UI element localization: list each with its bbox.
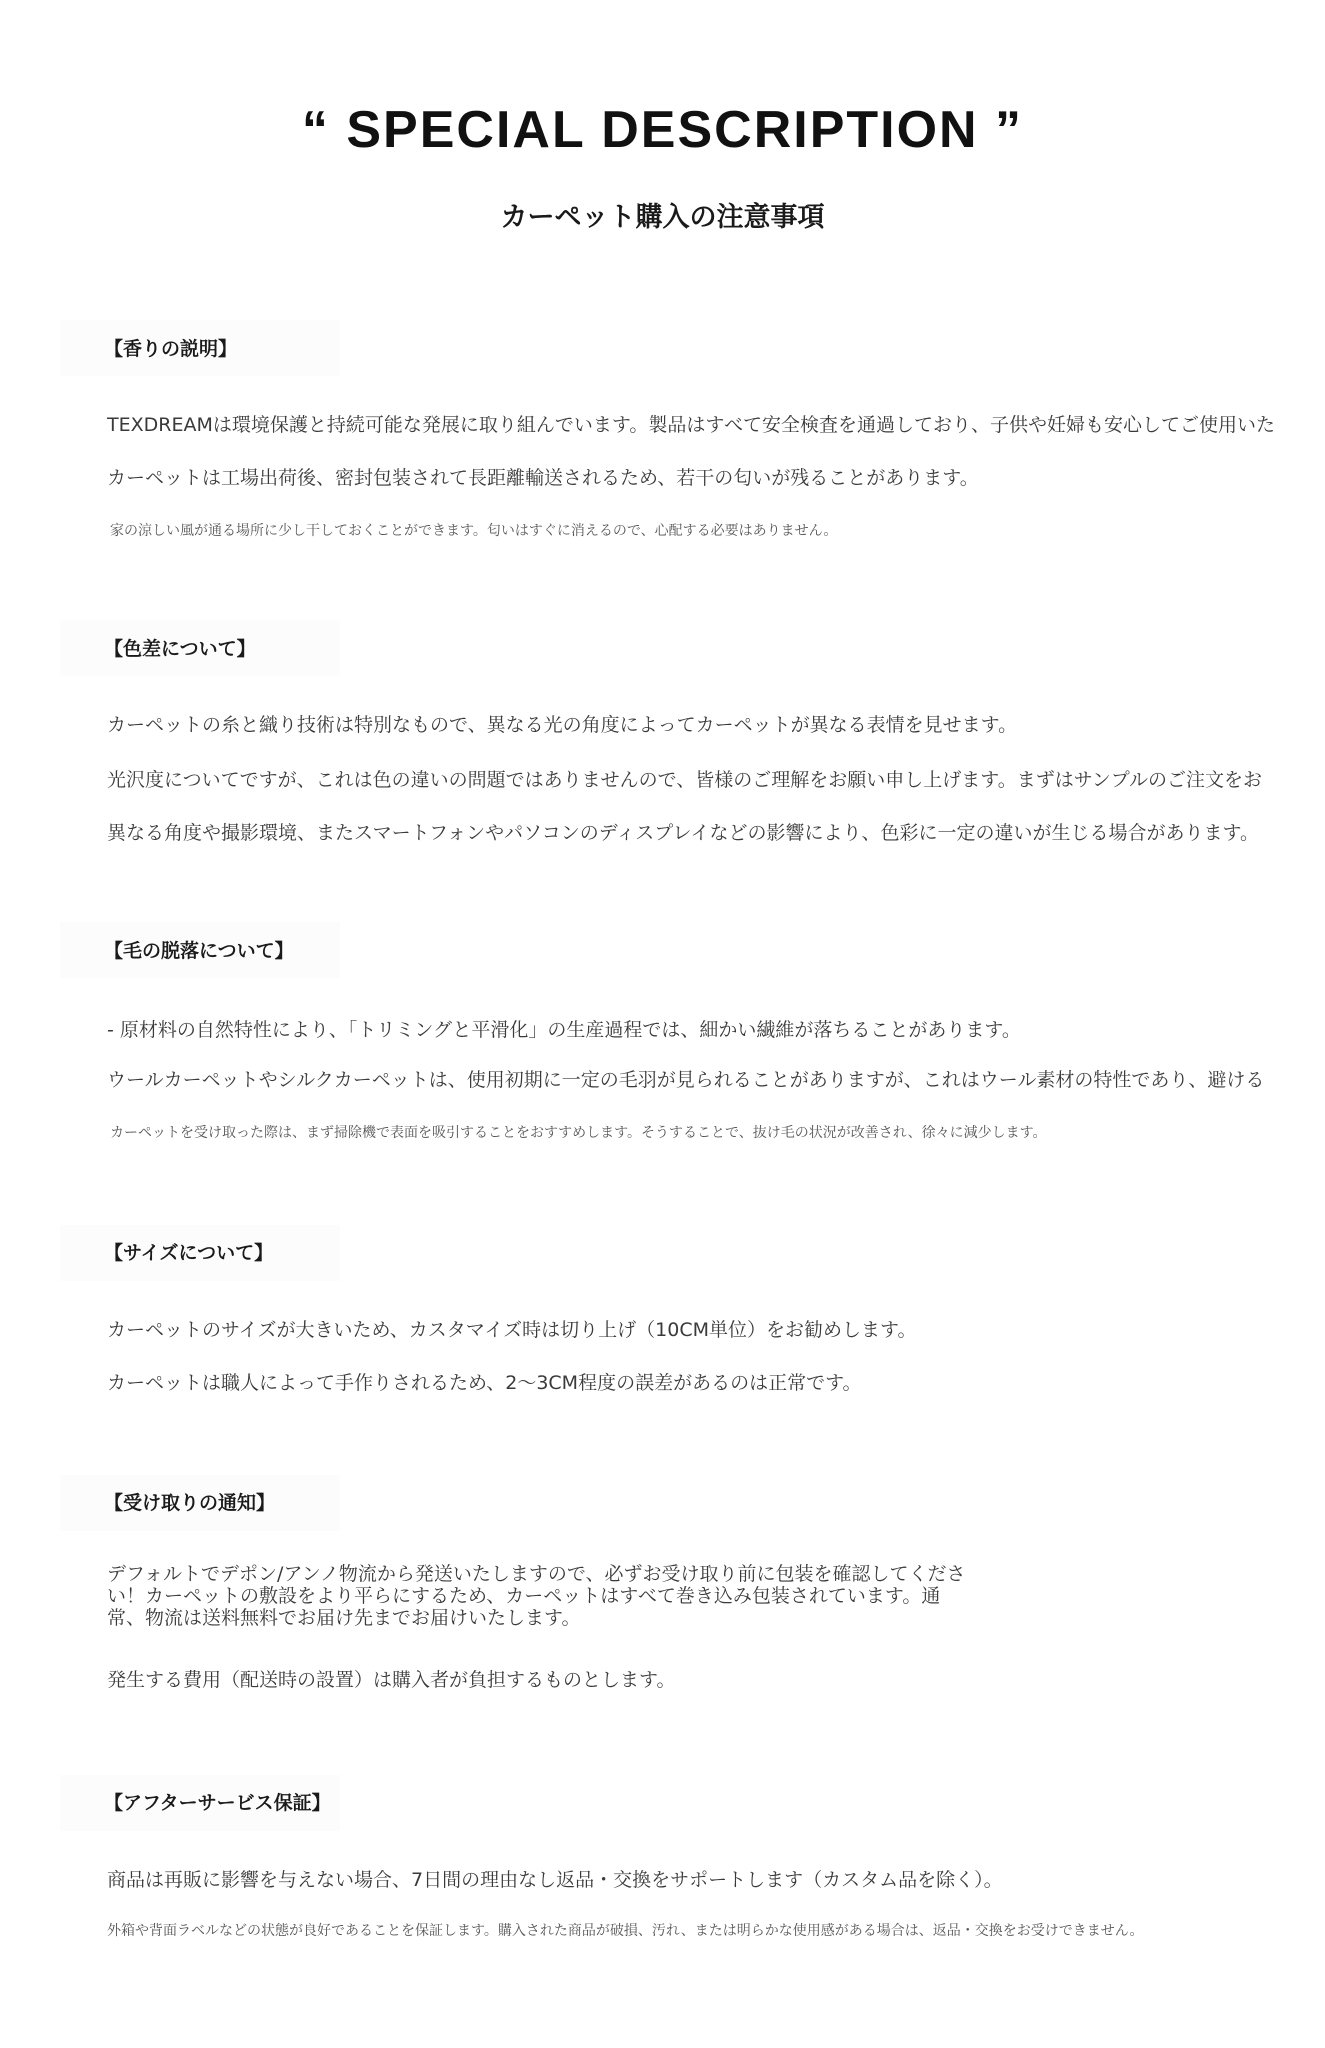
section-line: 異なる角度や撮影環境、またスマートフォンやパソコンのディスプレイなどの影響により… [107,818,1325,845]
section-heading: 【毛の脱落について】 [104,936,294,963]
section-heading: 【サイズについて】 [104,1238,273,1265]
section-line: 発生する費用（配送時の設置）は購入者が負担するものとします。 [107,1665,1325,1692]
section-line: カーペットは工場出荷後、密封包装されて長距離輸送されるため、若干の匂いが残ること… [107,463,1325,490]
section-note: カーペットを受け取った際は、まず掃除機で表面を吸引することをおすすめします。そう… [110,1122,1325,1142]
section-note: 外箱や背面ラベルなどの状態が良好であることを保証します。購入された商品が破損、汚… [107,1920,1325,1940]
section-line: カーペットは職人によって手作りされるため、2〜3CM程度の誤差があるのは正常です… [107,1368,1325,1395]
section-line: TEXDREAMは環境保護と持続可能な発展に取り組んでいます。製品はすべて安全検… [107,410,1325,437]
section-line: - 原材料の自然特性により、「トリミングと平滑化」の生産過程では、細かい繊維が落… [107,1015,1325,1042]
page-subtitle: カーペット購入の注意事項 [0,195,1325,234]
section-heading: 【香りの説明】 [104,334,237,361]
section-line: カーペットのサイズが大きいため、カスタマイズ時は切り上げ（10CM単位）をお勧め… [107,1315,1325,1342]
section-line: カーペットの糸と織り技術は特別なもので、異なる光の角度によってカーペットが異なる… [107,710,1325,737]
section-heading: 【アフターサービス保証】 [104,1788,331,1815]
section-line: 光沢度についてですが、これは色の違いの問題ではありませんので、皆様のご理解をお願… [107,765,1325,792]
section-line: ウールカーペットやシルクカーペットは、使用初期に一定の毛羽が見られることがありま… [107,1065,1325,1092]
section-heading: 【受け取りの通知】 [104,1488,275,1515]
section-note: 家の涼しい風が通る場所に少し干しておくことができます。匂いはすぐに消えるので、心… [110,520,1325,540]
section-paragraph: デフォルトでデポン/アンノ物流から発送いたしますので、必ずお受け取り前に包装を確… [107,1563,967,1629]
page-title: “ SPECIAL DESCRIPTION ” [0,100,1325,160]
section-line: 商品は再販に影響を与えない場合、7日間の理由なし返品・交換をサポートします（カス… [107,1865,1325,1892]
section-heading: 【色差について】 [104,634,256,661]
